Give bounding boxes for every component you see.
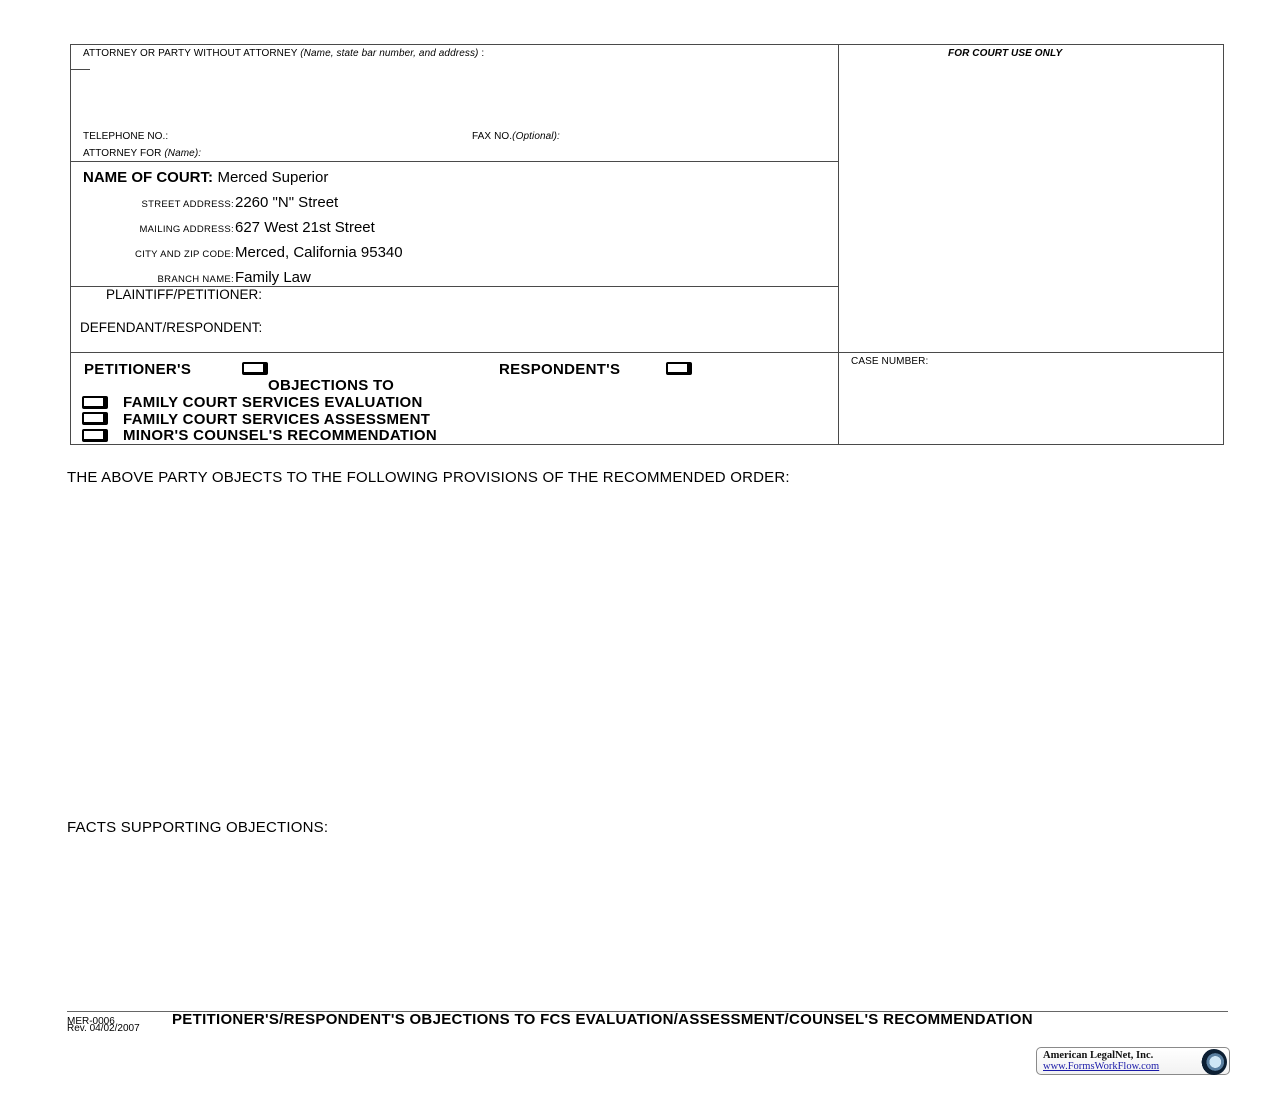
mailing-address-row: MAILING ADDRESS: [139,219,234,237]
globe-logo-icon [1201,1049,1227,1075]
attorney-label-hint: (Name, state bar number, and address) [300,48,478,59]
street-address-row: STREET ADDRESS: [142,194,235,212]
attorney-for-label: ATTORNEY FOR (Name): [83,148,201,159]
court-name-row: NAME OF COURT: Merced Superior [83,169,328,187]
city-zip-value[interactable]: Merced, California 95340 [235,244,403,261]
branch-name-label: BRANCH NAME: [158,274,234,285]
provisions-textarea[interactable] [67,492,1222,812]
branch-name-row: BRANCH NAME: [158,269,234,287]
city-zip-label: CITY AND ZIP CODE: [135,249,234,260]
form-title: PETITIONER'S/RESPONDENT'S OBJECTIONS TO … [172,1011,1033,1028]
column-divider [838,44,839,445]
street-address-label: STREET ADDRESS: [142,199,235,210]
fax-label-hint: (Optional): [512,131,560,142]
street-address-value[interactable]: 2260 "N" Street [235,194,338,211]
attorney-label-suffix: : [478,48,484,59]
plaintiff-input[interactable] [305,287,825,304]
defendant-label: DEFENDANT/RESPONDENT: [80,320,262,335]
fcs-assessment-label: FAMILY COURT SERVICES ASSESSMENT [123,411,430,428]
form-revision: Rev. 04/02/2007 [67,1024,140,1034]
fcs-evaluation-label: FAMILY COURT SERVICES EVALUATION [123,394,423,411]
attorney-for-label-text: ATTORNEY FOR [83,148,164,159]
attorney-for-label-hint: (Name): [164,148,201,159]
defendant-input[interactable] [312,320,827,337]
fax-input[interactable] [585,128,830,144]
attorney-label-text: ATTORNEY OR PARTY WITHOUT ATTORNEY [83,48,300,59]
attorney-label: ATTORNEY OR PARTY WITHOUT ATTORNEY (Name… [83,48,484,59]
attorney-input[interactable] [83,72,823,122]
divider-attorney-court [70,161,839,162]
fcs-assessment-checkbox[interactable] [82,412,108,425]
petitioners-checkbox[interactable] [242,362,268,375]
telephone-label: TELEPHONE NO.: [83,131,168,142]
mailing-address-value[interactable]: 627 West 21st Street [235,219,375,236]
provisions-label: THE ABOVE PARTY OBJECTS TO THE FOLLOWING… [67,469,790,486]
divider-parties-title [70,352,1224,353]
publisher-name: American LegalNet, Inc. [1043,1050,1153,1061]
plaintiff-label: PLAINTIFF/PETITIONER: [106,287,262,302]
respondents-label: RESPONDENT'S [499,361,620,378]
fax-label-text: FAX NO. [472,131,512,142]
respondents-checkbox[interactable] [666,362,692,375]
telephone-input[interactable] [190,128,460,144]
petitioners-label: PETITIONER'S [84,361,191,378]
publisher-link[interactable]: www.FormsWorkFlow.com [1043,1061,1159,1072]
minors-counsel-label: MINOR'S COUNSEL'S RECOMMENDATION [123,427,437,444]
facts-label: FACTS SUPPORTING OBJECTIONS: [67,819,328,836]
fax-label: FAX NO.(Optional): [472,131,560,142]
court-name-label: NAME OF COURT: [83,169,213,186]
attorney-field-mark [70,69,90,70]
objections-to-label: OBJECTIONS TO [268,377,394,394]
court-use-label: FOR COURT USE ONLY [948,48,1062,59]
branch-name-value[interactable]: Family Law [235,269,311,286]
facts-textarea[interactable] [67,842,1222,1002]
case-number-input[interactable] [851,372,1216,432]
attorney-for-input[interactable] [235,145,825,160]
fcs-evaluation-checkbox[interactable] [82,396,108,409]
court-name-value[interactable]: Merced Superior [217,169,328,186]
city-zip-row: CITY AND ZIP CODE: [135,244,234,262]
case-number-label: CASE NUMBER: [851,356,928,367]
minors-counsel-checkbox[interactable] [82,429,108,442]
publisher-badge[interactable]: American LegalNet, Inc. www.FormsWorkFlo… [1036,1047,1230,1075]
mailing-address-label: MAILING ADDRESS: [139,224,234,235]
